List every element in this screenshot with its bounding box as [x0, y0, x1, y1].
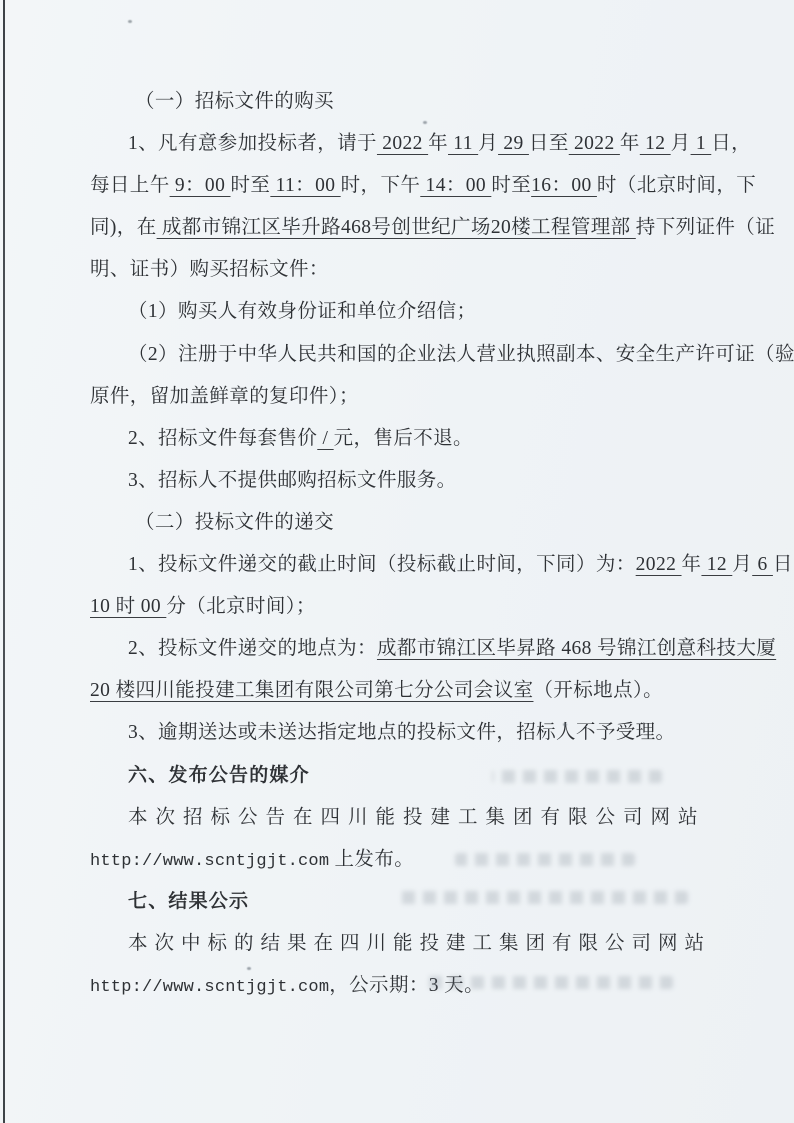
section-heading-media: 六、发布公告的媒介	[90, 755, 708, 797]
filled-in-blank: 12	[640, 133, 671, 154]
filled-in-blank: 16：00	[531, 175, 597, 196]
text-run: 日，	[711, 133, 751, 154]
text-run: 年	[620, 133, 640, 154]
text-run: 本次中标的结果在四川能投建工集团有限公司网站	[128, 933, 711, 954]
text-run: ，公示期：3 天。	[329, 975, 484, 996]
text-run: 日至	[529, 133, 569, 154]
filled-in-blank: 2022	[636, 554, 682, 575]
filled-in-blank: 6	[752, 554, 773, 575]
text-run: 分（北京时间）；	[166, 596, 315, 617]
text-run: 2、投标文件递交的地点为：	[128, 638, 377, 659]
text-run: 1、凡有意参加投标者，请于	[128, 133, 377, 154]
result-para-line-2: http://www.scntjgjt.com，公示期：3 天。	[90, 965, 708, 1007]
submission-address-line-2: 20 楼四川能投建工集团有限公司第七分公司会议室（开标地点）。	[90, 670, 708, 712]
purchase-para-line-1: 1、凡有意参加投标者，请于 2022 年 11 月 29 日至 2022 年 1…	[90, 123, 708, 165]
filled-in-blank: 9：00	[170, 175, 231, 196]
text-run: 六、发布公告的媒介	[128, 765, 310, 786]
url-text: http://www.scntjgjt.com	[90, 852, 329, 871]
deadline-line-1: 1、投标文件递交的截止时间（投标截止时间，下同）为：2022 年 12 月 6 …	[90, 544, 708, 586]
text-run: 同)，在	[90, 217, 157, 238]
text-run: 3、招标人不提供邮购招标文件服务。	[128, 470, 457, 491]
credential-item-1: （1）购买人有效身份证和单位介绍信；	[90, 291, 708, 333]
scan-edge-line	[3, 0, 5, 1123]
text-run: 月	[671, 133, 691, 154]
filled-in-blank: 12	[701, 554, 732, 575]
scanned-document-page: （一）招标文件的购买1、凡有意参加投标者，请于 2022 年 11 月 29 日…	[0, 0, 794, 1123]
result-para-line-1: 本次中标的结果在四川能投建工集团有限公司网站	[90, 923, 708, 965]
deadline-line-2: 10 时 00 分（北京时间）；	[90, 586, 708, 628]
paper-speck	[128, 20, 132, 23]
filled-in-blank: 成都市锦江区毕升路468号创世纪广场20楼工程管理部	[157, 217, 636, 238]
no-mail-order-line: 3、招标人不提供邮购招标文件服务。	[90, 460, 708, 502]
section-heading-result: 七、结果公示	[90, 881, 708, 923]
url-text: http://www.scntjgjt.com	[90, 978, 329, 997]
section-heading-submission: （二）投标文件的递交	[90, 502, 708, 544]
text-run: 明、证书）购买招标文件：	[90, 259, 329, 280]
purchase-para-line-3: 同)，在 成都市锦江区毕升路468号创世纪广场20楼工程管理部 持下列证件（证	[90, 207, 708, 249]
text-run: （开标地点）。	[533, 680, 663, 701]
text-run: （1）购买人有效身份证和单位介绍信；	[128, 301, 476, 322]
text-run: 1、投标文件递交的截止时间（投标截止时间，下同）为：	[128, 554, 636, 575]
paper-speck	[247, 967, 251, 970]
text-run: 日	[773, 554, 793, 575]
text-run: 时，下午	[341, 175, 421, 196]
filled-in-blank: /	[317, 428, 333, 449]
paper-speck	[563, 723, 567, 726]
text-run: （2）注册于中华人民共和国的企业法人营业执照副本、安全生产许可证（验	[128, 344, 794, 365]
text-run: 本次招标公告在四川能投建工集团有限公司网站	[128, 807, 706, 828]
text-run: 月	[478, 133, 498, 154]
text-run: 七、结果公示	[128, 891, 249, 912]
filled-in-blank: 1	[691, 133, 712, 154]
text-run: 时（北京时间，下	[597, 175, 756, 196]
text-run: （二）投标文件的递交	[135, 512, 334, 533]
filled-in-blank: 14：00	[420, 175, 491, 196]
text-run: 2、招标文件每套售价	[128, 428, 317, 449]
text-run: 年	[682, 554, 702, 575]
filled-in-blank: 10 时 00	[90, 596, 166, 617]
filled-in-blank: 2022	[569, 133, 620, 154]
text-run: 时至	[231, 175, 271, 196]
section-heading-purchase: （一）招标文件的购买	[90, 81, 708, 123]
credential-item-2-line-1: （2）注册于中华人民共和国的企业法人营业执照副本、安全生产许可证（验	[90, 334, 708, 376]
purchase-para-line-2: 每日上午 9：00 时至 11：00 时，下午 14：00 时至16：00 时（…	[90, 165, 708, 207]
late-delivery-line: 3、逾期送达或未送达指定地点的投标文件，招标人不予受理。	[90, 712, 708, 754]
text-run: 每日上午	[90, 175, 170, 196]
text-run: 3、逾期送达或未送达指定地点的投标文件，招标人不予受理。	[128, 722, 675, 743]
media-para-line-1: 本次招标公告在四川能投建工集团有限公司网站	[90, 797, 708, 839]
filled-in-blank: 11	[448, 133, 478, 154]
text-run: 月	[732, 554, 752, 575]
credential-item-2-line-2: 原件，留加盖鲜章的复印件）；	[90, 376, 708, 418]
filled-in-blank: 29	[498, 133, 529, 154]
text-run: 原件，留加盖鲜章的复印件）；	[90, 386, 359, 407]
text-run: 年	[428, 133, 448, 154]
text-run: 元，售后不退。	[334, 428, 473, 449]
text-run: 时至	[491, 175, 531, 196]
text-run: 持下列证件（证	[636, 217, 775, 238]
filled-in-blank: 2022	[377, 133, 428, 154]
text-run: （一）招标文件的购买	[135, 91, 334, 112]
submission-address-line-1: 2、投标文件递交的地点为：成都市锦江区毕昇路 468 号锦江创意科技大厦	[90, 628, 708, 670]
purchase-para-line-4: 明、证书）购买招标文件：	[90, 249, 708, 291]
filled-in-blank: 成都市锦江区毕昇路 468 号锦江创意科技大厦	[377, 638, 776, 659]
media-para-line-2: http://www.scntjgjt.com 上发布。	[90, 839, 708, 881]
filled-in-blank: 11：00	[270, 175, 340, 196]
filled-in-blank: 20 楼四川能投建工集团有限公司第七分公司会议室	[90, 680, 533, 701]
text-run: 上发布。	[329, 849, 414, 870]
paper-speck	[423, 121, 427, 124]
price-line: 2、招标文件每套售价 / 元，售后不退。	[90, 418, 708, 460]
document-body: （一）招标文件的购买1、凡有意参加投标者，请于 2022 年 11 月 29 日…	[90, 81, 708, 1007]
